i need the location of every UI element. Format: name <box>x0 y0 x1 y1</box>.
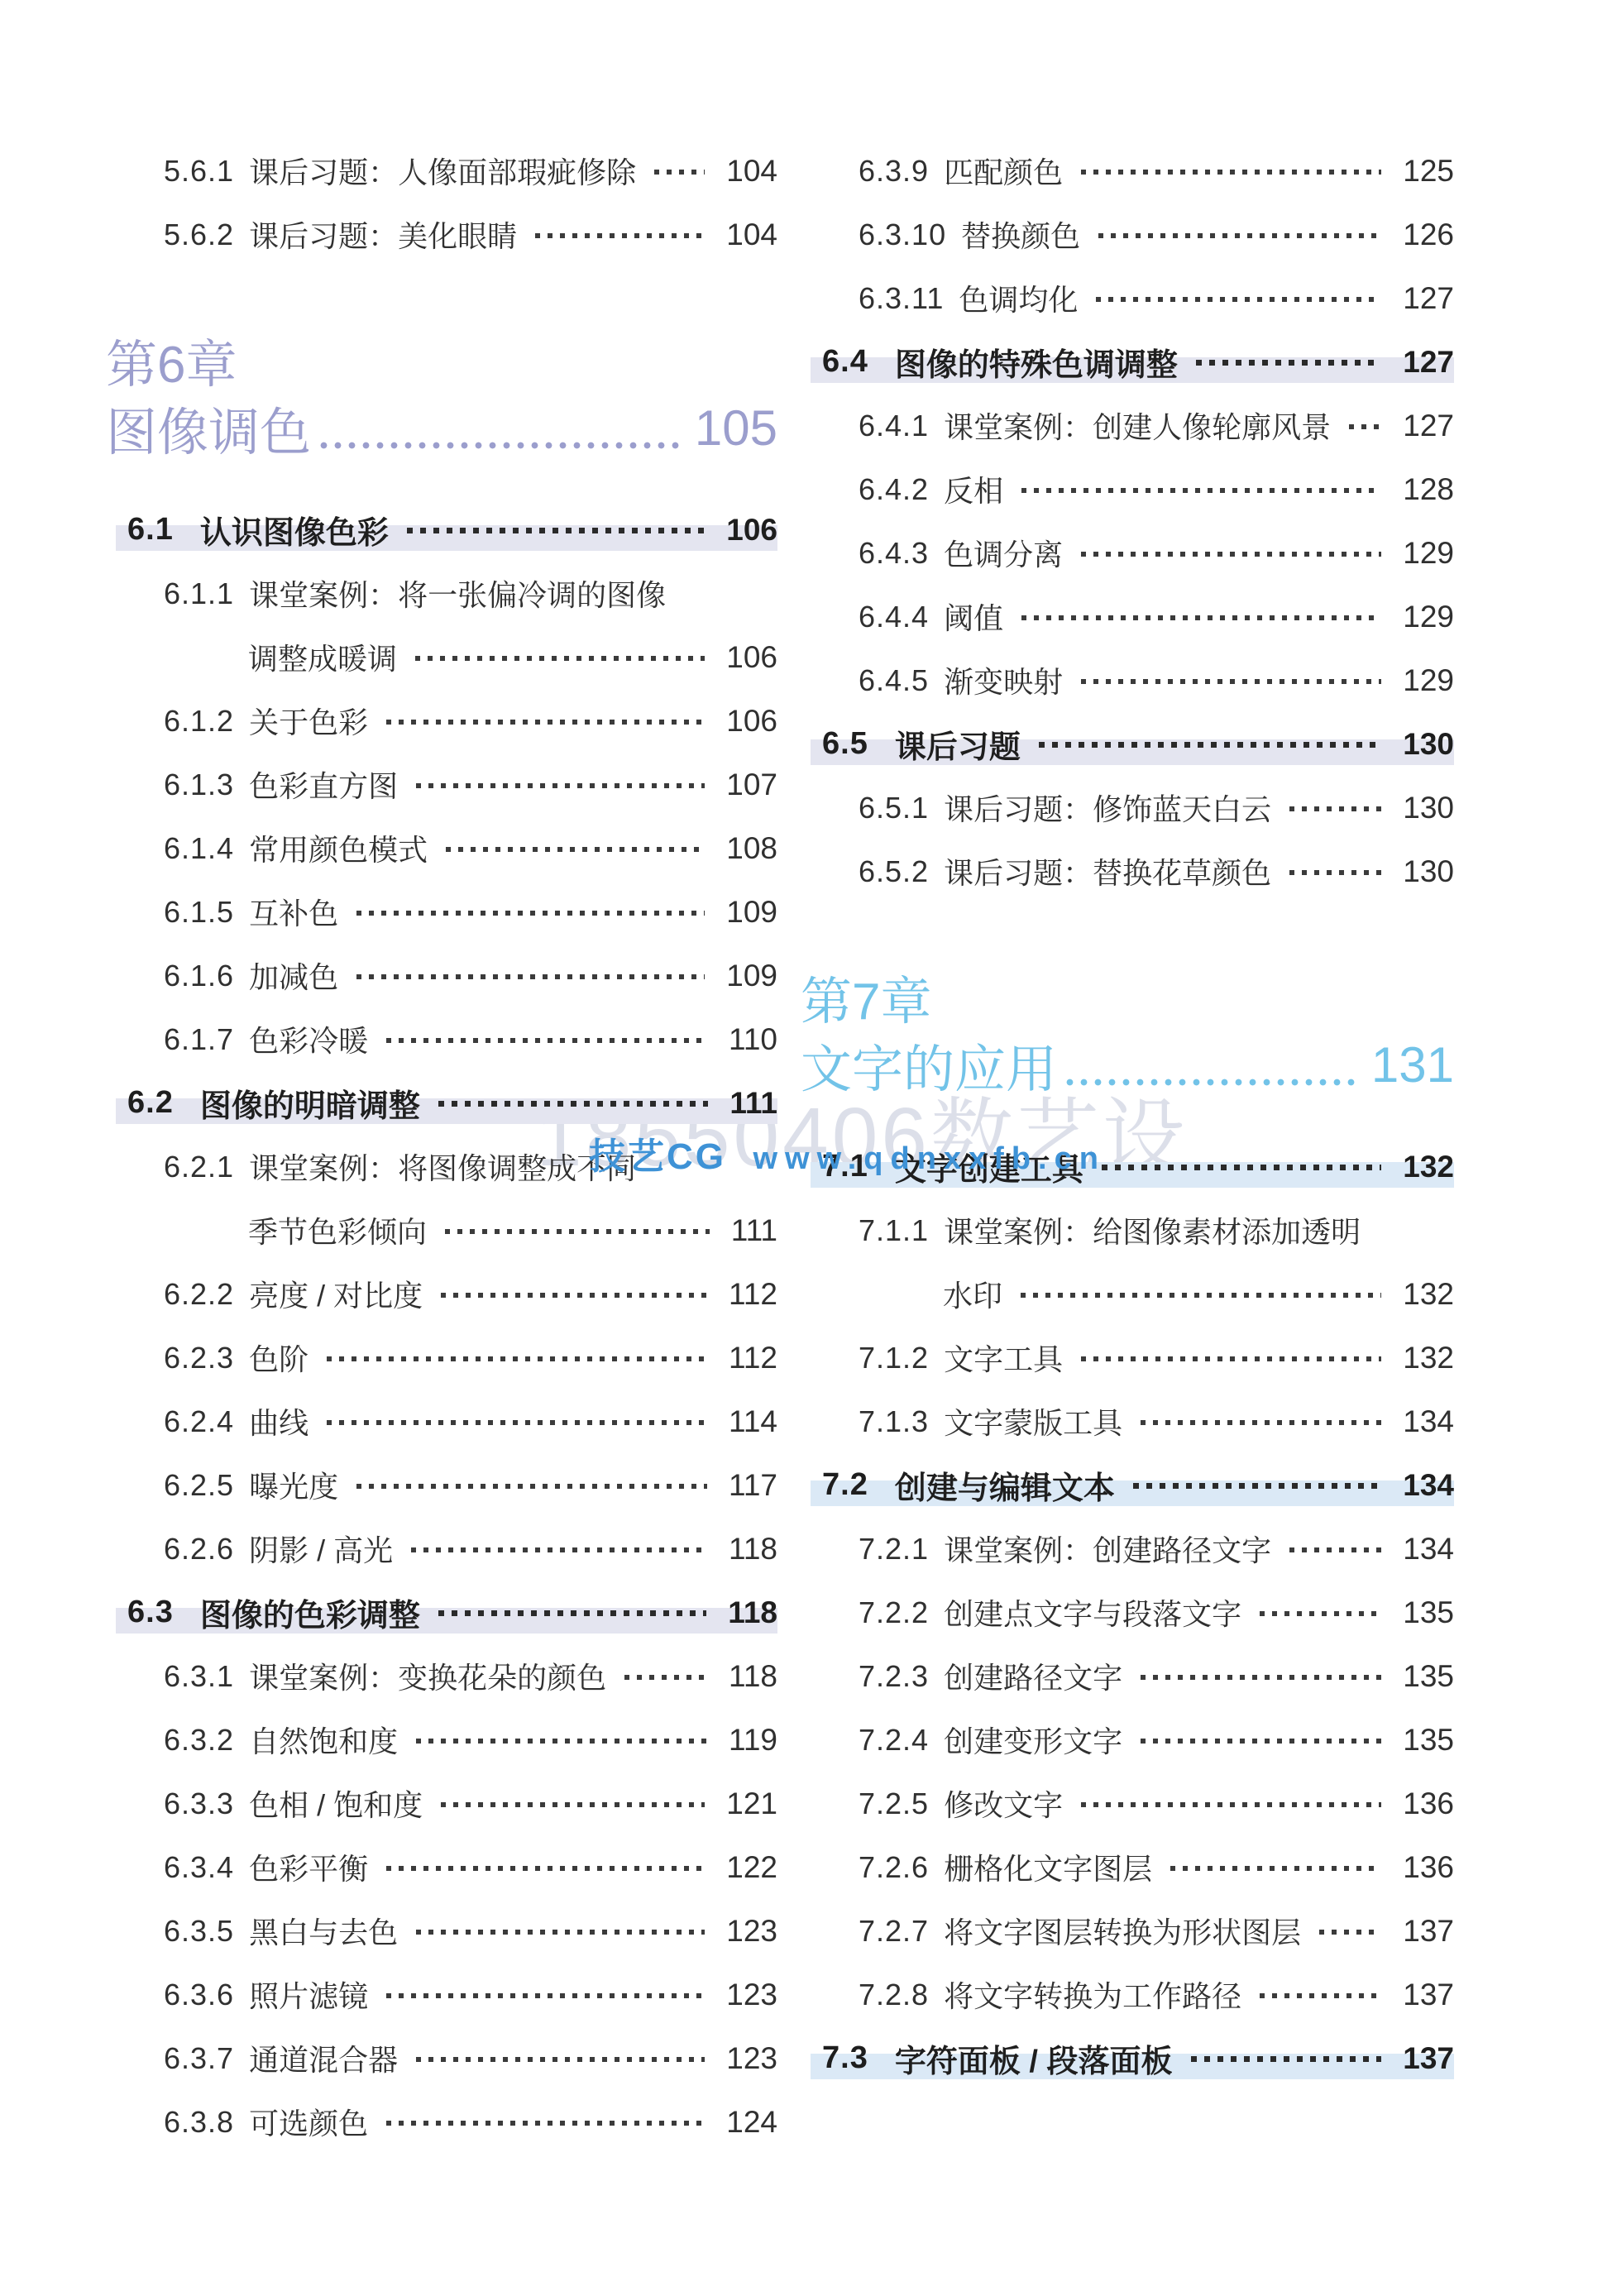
item-dotted-leader <box>416 783 705 788</box>
item-title: 课堂案例：变换花朵的颜色 <box>249 1655 606 1697</box>
toc-item-6.4.1: 6.4.1课堂案例：创建人像轮廓风景127 <box>801 394 1454 457</box>
toc-item-6.3.6: 6.3.6照片滤镜123 <box>106 1963 777 2026</box>
item-title: 关于色彩 <box>249 700 368 742</box>
toc-item-6.4.4: 6.4.4阈值129 <box>801 585 1454 648</box>
item-title: 照片滤镜 <box>249 1973 368 2016</box>
item-title: 色彩冷暖 <box>249 1018 368 1060</box>
item-dotted-leader <box>356 1484 707 1489</box>
chapter-title-text: 图像调色 <box>106 391 311 465</box>
toc-item-continuation: 调整成暖调106 <box>106 625 777 689</box>
item-dotted-leader <box>441 1293 707 1298</box>
item-page-number: 137 <box>1403 1978 1454 2012</box>
item-dotted-leader <box>416 1930 705 1935</box>
item-page-number: 114 <box>729 1404 777 1439</box>
item-number: 6.3.9 <box>859 154 929 189</box>
item-title: 替换颜色 <box>961 213 1080 256</box>
section-title: 认识图像色彩 <box>200 507 389 552</box>
toc-section-7.2: 7.2创建与编辑文本134 <box>801 1453 1454 1517</box>
item-title: 黑白与去色 <box>249 1910 398 1952</box>
item-dotted-leader <box>1141 1739 1381 1744</box>
item-title: 色调分离 <box>944 532 1063 574</box>
watermark-url-text: www.qdnxxfb.cn <box>753 1141 1106 1176</box>
chapter-dotted-leader <box>1065 1078 1358 1087</box>
item-dotted-leader <box>1141 1675 1381 1680</box>
item-number: 7.2.1 <box>859 1532 929 1567</box>
spacer <box>106 462 777 498</box>
section-dotted-leader <box>1191 2056 1382 2062</box>
item-page-number: 135 <box>1403 1659 1454 1694</box>
toc-item-6.2.2: 6.2.2亮度 / 对比度112 <box>106 1262 777 1326</box>
section-number: 7.3 <box>822 2040 868 2076</box>
chapter-heading: 第6章 <box>106 326 777 394</box>
item-number: 6.1.6 <box>164 959 234 993</box>
toc-item-6.2.6: 6.2.6阴影 / 高光118 <box>106 1517 777 1581</box>
item-dotted-leader <box>1081 170 1381 175</box>
toc-item-6.2.3: 6.2.3色阶112 <box>106 1326 777 1390</box>
item-dotted-leader <box>327 1356 707 1361</box>
toc-item-7.2.8: 7.2.8将文字转换为工作路径137 <box>801 1963 1454 2026</box>
toc-item-6.1.1: 6.1.1课堂案例：将一张偏冷调的图像 <box>106 562 777 625</box>
section-page-number: 106 <box>726 513 777 548</box>
toc-item-6.3.8: 6.3.8可选颜色124 <box>106 2090 777 2154</box>
item-page-number: 108 <box>726 831 777 866</box>
item-title: 课后习题：修饰蓝天白云 <box>944 787 1271 829</box>
item-page-number: 136 <box>1403 1850 1454 1885</box>
item-dotted-leader <box>1289 1547 1381 1552</box>
item-title: 课后习题：人像面部瑕疵修除 <box>249 150 636 192</box>
item-dotted-leader <box>356 911 705 916</box>
toc-item-6.1.5: 6.1.5互补色109 <box>106 880 777 944</box>
item-page-number: 129 <box>1403 600 1454 634</box>
item-dotted-leader <box>386 2121 705 2126</box>
item-title: 水印 <box>943 1273 1002 1315</box>
item-number: 6.3.8 <box>164 2105 234 2140</box>
item-dotted-leader <box>654 170 705 175</box>
item-title: 可选颜色 <box>249 2101 368 2143</box>
toc-section-6.5: 6.5课后习题130 <box>801 712 1454 776</box>
item-page-number: 125 <box>1403 154 1454 189</box>
section-title: 图像的特殊色调调整 <box>895 339 1178 385</box>
item-dotted-leader <box>1289 870 1381 875</box>
item-number: 6.3.5 <box>164 1914 234 1949</box>
item-page-number: 130 <box>1403 854 1454 889</box>
item-number: 7.2.8 <box>859 1978 929 2012</box>
item-page-number: 107 <box>726 768 777 802</box>
item-number: 6.2.5 <box>164 1468 234 1503</box>
section-dotted-leader <box>438 1101 709 1107</box>
toc-item-6.1.4: 6.1.4常用颜色模式108 <box>106 816 777 880</box>
spacer <box>801 903 1454 963</box>
item-dotted-leader <box>446 847 705 852</box>
item-dotted-leader <box>1141 1420 1381 1425</box>
item-page-number: 112 <box>729 1341 777 1375</box>
chapter-title-line: 文字的应用131 <box>801 1031 1454 1098</box>
item-page-number: 104 <box>726 154 777 189</box>
item-page-number: 106 <box>726 640 777 675</box>
item-dotted-leader <box>1081 1356 1381 1361</box>
item-number: 5.6.2 <box>164 218 234 252</box>
toc-section-7.3: 7.3字符面板 / 段落面板137 <box>801 2026 1454 2090</box>
item-title: 匹配颜色 <box>944 150 1063 192</box>
toc-item-6.3.10: 6.3.10替换颜色126 <box>801 203 1454 266</box>
item-number: 7.1.1 <box>859 1213 929 1248</box>
chapter-dotted-leader <box>319 441 682 450</box>
toc-section-6.4: 6.4图像的特殊色调调整127 <box>801 330 1454 394</box>
section-title: 课后习题 <box>895 721 1021 767</box>
item-dotted-leader <box>1021 1293 1381 1298</box>
toc-item-7.1.1: 7.1.1课堂案例：给图像素材添加透明 <box>801 1198 1454 1262</box>
item-dotted-leader <box>386 1993 705 1998</box>
toc-item-6.1.6: 6.1.6加减色109 <box>106 944 777 1007</box>
item-number: 6.4.5 <box>859 663 929 698</box>
toc-page: 18550406数艺设 技艺CG www.qdnxxfb.cn 5.6.1课后习… <box>0 0 1612 2296</box>
item-page-number: 118 <box>729 1659 777 1694</box>
item-page-number: 112 <box>729 1277 777 1312</box>
item-page-number: 134 <box>1403 1404 1454 1439</box>
item-number: 7.1.3 <box>859 1404 929 1439</box>
item-title: 反相 <box>944 468 1003 510</box>
item-number: 6.1.5 <box>164 895 234 930</box>
item-dotted-leader <box>1170 1866 1381 1871</box>
toc-item-6.3.11: 6.3.11色调均化127 <box>801 266 1454 330</box>
item-number: 6.2.6 <box>164 1532 234 1567</box>
item-page-number: 137 <box>1403 1914 1454 1949</box>
item-page-number: 129 <box>1403 663 1454 698</box>
item-page-number: 135 <box>1403 1723 1454 1758</box>
item-number: 7.1.2 <box>859 1341 929 1375</box>
toc-item-6.1.3: 6.1.3色彩直方图107 <box>106 753 777 816</box>
item-dotted-leader <box>416 2057 705 2062</box>
chapter-heading-text: 第7章 <box>801 960 931 1034</box>
item-page-number: 106 <box>726 704 777 739</box>
toc-item-6.1.2: 6.1.2关于色彩106 <box>106 689 777 753</box>
item-number: 6.1.1 <box>164 576 234 611</box>
section-page-number: 127 <box>1403 345 1454 380</box>
toc-item-5.6.1: 5.6.1课后习题：人像面部瑕疵修除104 <box>106 139 777 203</box>
item-number: 6.2.1 <box>164 1150 234 1184</box>
item-title: 课后习题：替换花草颜色 <box>944 850 1271 892</box>
item-title: 通道混合器 <box>249 2037 398 2079</box>
item-number: 6.4.1 <box>859 409 929 443</box>
item-title: 自然饱和度 <box>249 1719 398 1761</box>
chapter-page-number: 105 <box>695 399 777 457</box>
item-page-number: 128 <box>1403 472 1454 507</box>
item-number: 6.5.1 <box>859 791 929 825</box>
item-title: 季节色彩倾向 <box>248 1209 427 1251</box>
item-dotted-leader <box>415 656 705 661</box>
item-title: 色相 / 饱和度 <box>249 1782 423 1825</box>
item-page-number: 123 <box>726 1978 777 2012</box>
toc-item-7.2.6: 7.2.6栅格化文字图层136 <box>801 1835 1454 1899</box>
item-number: 7.2.4 <box>859 1723 929 1758</box>
item-dotted-leader <box>1021 615 1381 620</box>
item-dotted-leader <box>411 1547 707 1552</box>
item-page-number: 136 <box>1403 1787 1454 1821</box>
item-page-number: 111 <box>731 1213 777 1248</box>
item-page-number: 119 <box>729 1723 777 1758</box>
item-title: 曝光度 <box>249 1464 338 1506</box>
item-title: 创建路径文字 <box>944 1655 1122 1697</box>
item-title: 栅格化文字图层 <box>944 1846 1152 1888</box>
section-number: 6.2 <box>127 1085 174 1121</box>
item-title: 文字工具 <box>944 1337 1063 1379</box>
section-page-number: 132 <box>1403 1150 1454 1184</box>
watermark-brand-text: 技艺CG <box>589 1136 726 1177</box>
item-number: 6.1.2 <box>164 704 234 739</box>
item-page-number: 110 <box>729 1022 777 1057</box>
item-number: 7.2.6 <box>859 1850 929 1885</box>
item-title: 加减色 <box>249 954 338 997</box>
item-title: 创建点文字与段落文字 <box>944 1591 1241 1634</box>
toc-item-7.2.5: 7.2.5修改文字136 <box>801 1772 1454 1835</box>
item-number: 6.2.3 <box>164 1341 234 1375</box>
toc-item-7.1.3: 7.1.3文字蒙版工具134 <box>801 1390 1454 1453</box>
section-dotted-leader <box>1039 742 1381 748</box>
item-title: 色彩平衡 <box>249 1846 368 1888</box>
item-dotted-leader <box>1096 297 1381 302</box>
chapter-page-number: 131 <box>1371 1036 1454 1093</box>
item-page-number: 129 <box>1403 536 1454 571</box>
item-number: 6.2.4 <box>164 1404 234 1439</box>
item-number: 6.3.10 <box>859 218 946 252</box>
item-dotted-leader <box>1260 1993 1381 1998</box>
item-page-number: 123 <box>726 2041 777 2076</box>
item-dotted-leader <box>441 1802 705 1807</box>
item-dotted-leader <box>1349 424 1381 429</box>
item-title: 修改文字 <box>944 1782 1063 1825</box>
item-page-number: 135 <box>1403 1595 1454 1630</box>
item-title: 课堂案例：给图像素材添加透明 <box>944 1209 1361 1251</box>
section-dotted-leader <box>1133 1483 1381 1489</box>
item-number: 6.1.3 <box>164 768 234 802</box>
item-title: 常用颜色模式 <box>249 827 428 869</box>
item-page-number: 123 <box>726 1914 777 1949</box>
item-title: 阴影 / 高光 <box>249 1528 393 1570</box>
item-dotted-leader <box>386 1866 705 1871</box>
section-page-number: 137 <box>1403 2041 1454 2076</box>
toc-item-6.4.3: 6.4.3色调分离129 <box>801 521 1454 585</box>
toc-item-6.5.1: 6.5.1课后习题：修饰蓝天白云130 <box>801 776 1454 839</box>
item-title: 曲线 <box>249 1400 309 1442</box>
section-number: 6.1 <box>127 512 174 548</box>
item-number: 6.4.2 <box>859 472 929 507</box>
toc-section-6.3: 6.3图像的色彩调整118 <box>106 1581 777 1644</box>
item-title: 文字蒙版工具 <box>944 1400 1122 1442</box>
toc-item-6.3.1: 6.3.1课堂案例：变换花朵的颜色118 <box>106 1644 777 1708</box>
item-page-number: 121 <box>726 1787 777 1821</box>
toc-item-6.4.2: 6.4.2反相128 <box>801 457 1454 521</box>
item-dotted-leader <box>535 233 705 238</box>
item-title: 将文字图层转换为形状图层 <box>944 1910 1301 1952</box>
item-number: 6.1.7 <box>164 1022 234 1057</box>
toc-item-6.2.4: 6.2.4曲线114 <box>106 1390 777 1453</box>
item-dotted-leader <box>1081 679 1381 684</box>
section-title: 字符面板 / 段落面板 <box>895 2035 1173 2081</box>
item-page-number: 109 <box>726 895 777 930</box>
toc-item-7.2.7: 7.2.7将文字图层转换为形状图层137 <box>801 1899 1454 1963</box>
item-number: 6.4.4 <box>859 600 929 634</box>
item-dotted-leader <box>445 1229 710 1234</box>
toc-item-6.3.9: 6.3.9匹配颜色125 <box>801 139 1454 203</box>
toc-item-6.5.2: 6.5.2课后习题：替换花草颜色130 <box>801 839 1454 903</box>
section-dotted-leader <box>407 528 705 533</box>
section-title: 图像的明暗调整 <box>200 1080 420 1126</box>
item-title: 渐变映射 <box>944 659 1063 701</box>
section-page-number: 134 <box>1403 1468 1454 1503</box>
item-dotted-leader <box>327 1420 707 1425</box>
item-page-number: 134 <box>1403 1532 1454 1567</box>
item-title: 课后习题：美化眼睛 <box>249 213 517 256</box>
item-number: 6.2.2 <box>164 1277 234 1312</box>
item-number: 7.2.3 <box>859 1659 929 1694</box>
item-title: 色彩直方图 <box>249 763 398 806</box>
item-dotted-leader <box>1260 1611 1381 1616</box>
item-page-number: 104 <box>726 218 777 252</box>
section-title: 创建与编辑文本 <box>895 1462 1115 1508</box>
item-number: 7.2.2 <box>859 1595 929 1630</box>
section-number: 7.2 <box>822 1467 868 1503</box>
item-number: 6.3.6 <box>164 1978 234 2012</box>
chapter-title-text: 文字的应用 <box>801 1028 1057 1102</box>
toc-item-6.3.4: 6.3.4色彩平衡122 <box>106 1835 777 1899</box>
item-title: 色调均化 <box>959 277 1078 319</box>
item-title: 调整成暖调 <box>248 636 397 678</box>
chapter-title-line: 图像调色105 <box>106 394 777 462</box>
item-title: 课堂案例：创建人像轮廓风景 <box>944 404 1331 447</box>
item-dotted-leader <box>1319 1930 1381 1935</box>
section-page-number: 111 <box>729 1086 777 1121</box>
item-title: 阈值 <box>944 596 1003 638</box>
toc-item-6.2.5: 6.2.5曝光度117 <box>106 1453 777 1517</box>
item-title: 课堂案例：创建路径文字 <box>944 1528 1271 1570</box>
item-dotted-leader <box>1081 552 1381 557</box>
item-page-number: 109 <box>726 959 777 993</box>
toc-column-right: 6.3.9匹配颜色1256.3.10替换颜色1266.3.11色调均化1276.… <box>801 139 1454 2090</box>
toc-item-6.3.7: 6.3.7通道混合器123 <box>106 2026 777 2090</box>
toc-item-7.2.3: 7.2.3创建路径文字135 <box>801 1644 1454 1708</box>
item-number: 6.3.1 <box>164 1659 234 1694</box>
item-number: 6.3.4 <box>164 1850 234 1885</box>
item-number: 6.1.4 <box>164 831 234 866</box>
spacer <box>106 266 777 326</box>
toc-section-6.2: 6.2图像的明暗调整111 <box>106 1071 777 1135</box>
item-number: 6.4.3 <box>859 536 929 571</box>
item-dotted-leader <box>386 720 705 725</box>
item-dotted-leader <box>356 974 705 979</box>
item-title: 色阶 <box>249 1337 309 1379</box>
section-number: 6.3 <box>127 1595 174 1630</box>
section-dotted-leader <box>438 1610 706 1616</box>
item-number: 7.2.5 <box>859 1787 929 1821</box>
item-page-number: 127 <box>1403 281 1454 316</box>
section-dotted-leader <box>1102 1165 1381 1170</box>
toc-item-7.2.1: 7.2.1课堂案例：创建路径文字134 <box>801 1517 1454 1581</box>
item-dotted-leader <box>1021 488 1381 493</box>
toc-item-7.2.2: 7.2.2创建点文字与段落文字135 <box>801 1581 1454 1644</box>
item-title: 创建变形文字 <box>944 1719 1122 1761</box>
section-page-number: 130 <box>1403 727 1454 762</box>
item-dotted-leader <box>1081 1802 1381 1807</box>
item-page-number: 127 <box>1403 409 1454 443</box>
item-number: 6.3.11 <box>859 281 944 316</box>
item-number: 6.3.7 <box>164 2041 234 2076</box>
section-title: 图像的色彩调整 <box>200 1590 420 1635</box>
item-dotted-leader <box>386 1038 707 1043</box>
item-title: 亮度 / 对比度 <box>249 1273 423 1315</box>
section-number: 6.5 <box>822 726 868 762</box>
item-page-number: 126 <box>1403 218 1454 252</box>
item-number: 6.3.3 <box>164 1787 234 1821</box>
item-page-number: 132 <box>1403 1277 1454 1312</box>
item-page-number: 130 <box>1403 791 1454 825</box>
item-dotted-leader <box>1289 806 1381 811</box>
watermark-blue: 技艺CG www.qdnxxfb.cn <box>589 1126 1106 1179</box>
item-page-number: 124 <box>726 2105 777 2140</box>
item-title: 课堂案例：将图像调整成不同 <box>249 1146 636 1188</box>
toc-item-continuation: 水印132 <box>801 1262 1454 1326</box>
item-dotted-leader <box>416 1739 707 1744</box>
chapter-heading-text: 第6章 <box>106 323 237 397</box>
chapter-heading: 第7章 <box>801 963 1454 1031</box>
toc-item-6.3.3: 6.3.3色相 / 饱和度121 <box>106 1772 777 1835</box>
toc-item-6.3.2: 6.3.2自然饱和度119 <box>106 1708 777 1772</box>
section-number: 6.4 <box>822 344 868 380</box>
item-title: 互补色 <box>249 891 338 933</box>
item-number: 7.2.7 <box>859 1914 929 1949</box>
item-dotted-leader <box>1098 233 1381 238</box>
toc-item-6.4.5: 6.4.5渐变映射129 <box>801 648 1454 712</box>
toc-item-7.1.2: 7.1.2文字工具132 <box>801 1326 1454 1390</box>
toc-item-6.1.7: 6.1.7色彩冷暖110 <box>106 1007 777 1071</box>
item-title: 课堂案例：将一张偏冷调的图像 <box>249 572 666 615</box>
section-dotted-leader <box>1196 360 1381 366</box>
toc-item-7.2.4: 7.2.4创建变形文字135 <box>801 1708 1454 1772</box>
item-number: 5.6.1 <box>164 154 234 189</box>
item-number: 6.3.2 <box>164 1723 234 1758</box>
item-page-number: 118 <box>729 1532 777 1567</box>
item-page-number: 132 <box>1403 1341 1454 1375</box>
item-number: 6.5.2 <box>859 854 929 889</box>
section-page-number: 118 <box>728 1595 777 1630</box>
toc-item-continuation: 季节色彩倾向111 <box>106 1198 777 1262</box>
toc-item-5.6.2: 5.6.2课后习题：美化眼睛104 <box>106 203 777 266</box>
toc-section-6.1: 6.1认识图像色彩106 <box>106 498 777 562</box>
item-page-number: 117 <box>729 1468 777 1503</box>
toc-item-6.3.5: 6.3.5黑白与去色123 <box>106 1899 777 1963</box>
item-page-number: 122 <box>726 1850 777 1885</box>
item-dotted-leader <box>624 1675 707 1680</box>
item-title: 将文字转换为工作路径 <box>944 1973 1241 2016</box>
